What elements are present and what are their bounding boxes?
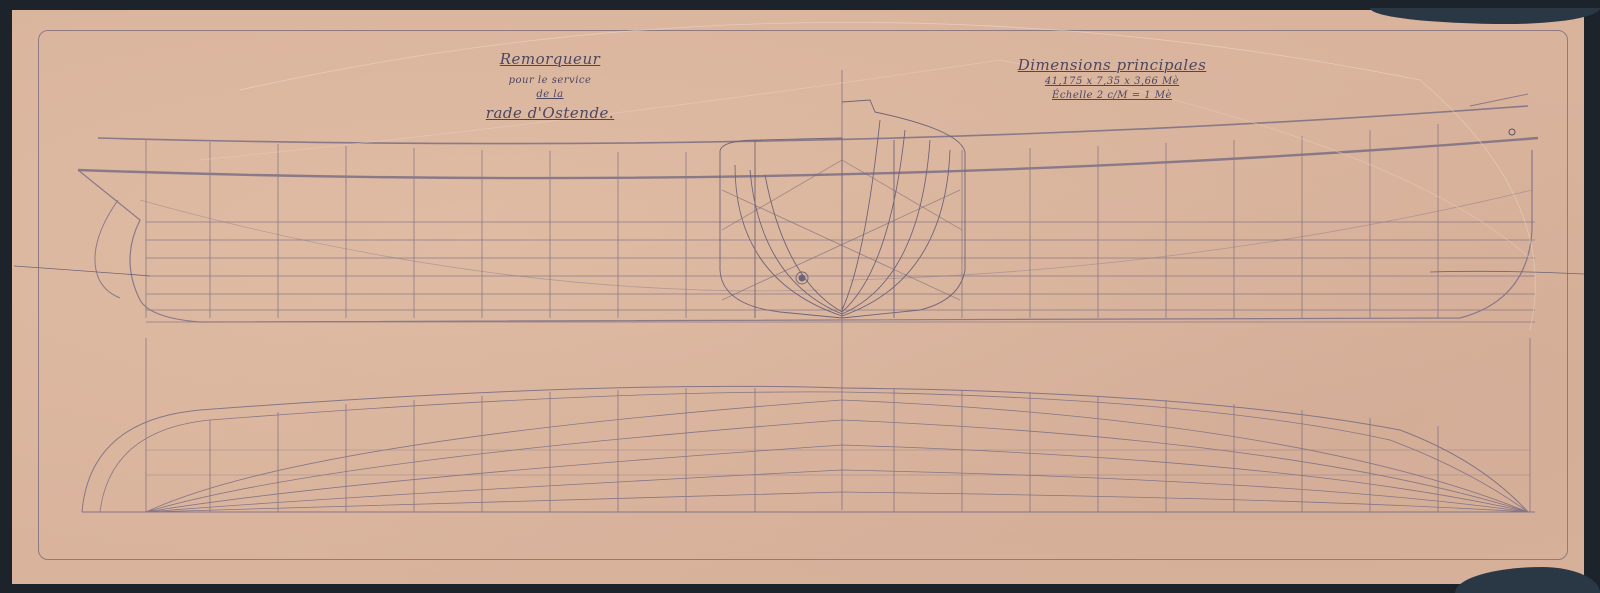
title-main: Remorqueur: [440, 50, 660, 68]
title-sub: pour le service: [509, 75, 592, 86]
lines-plan-drawing: [0, 0, 1600, 593]
half-breadth-plan: [82, 338, 1535, 512]
scale-note: Échelle 2 c/M = 1 Mè: [1012, 90, 1212, 101]
davit-mark-icon: [1509, 129, 1515, 135]
sheer-plan-stations: [146, 124, 1438, 318]
title-block-right: Dimensions principales 41,175 x 7,35 x 3…: [1012, 56, 1212, 101]
title-line2: de la: [440, 89, 660, 100]
title-block-left: Remorqueur pour le service de la rade d'…: [440, 50, 660, 122]
fold-crease-right: [1430, 271, 1584, 274]
title-line3: rade d'Ostende.: [440, 104, 660, 122]
body-plan: [720, 100, 965, 318]
sheer-plan-waterlines: [146, 222, 1535, 322]
dimensions-values: 41,175 x 7,35 x 3,66 Mè: [1012, 76, 1212, 87]
dimensions-heading: Dimensions principales: [1012, 56, 1212, 74]
fold-crease-left: [14, 266, 150, 276]
